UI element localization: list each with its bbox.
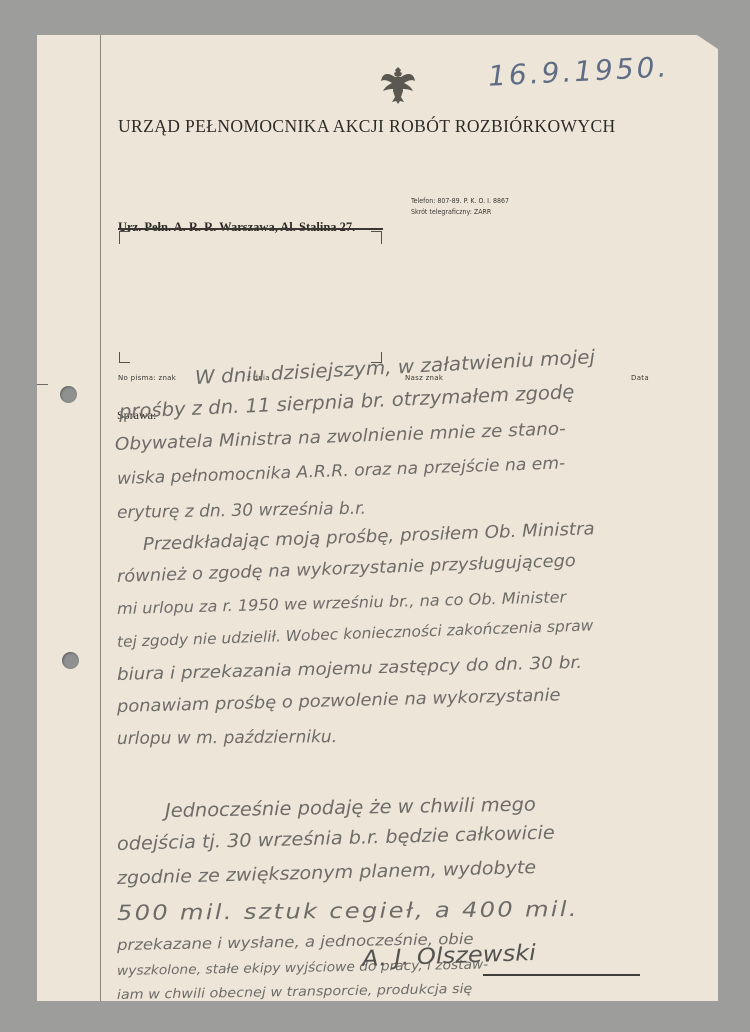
punch-hole-bottom — [62, 652, 79, 669]
letterhead-title: URZĄD PEŁNOMOCNIKA AKCJI ROBÓT ROZBIÓRKO… — [118, 116, 718, 137]
handwritten-line: ponawiam prośbę o pozwolenie na wykorzys… — [117, 685, 561, 717]
handwritten-line: Obywatela Ministra na zwolnienie mnie ze… — [115, 419, 566, 455]
handwritten-line: urlopu w m. październiku. — [117, 727, 337, 749]
margin-line — [100, 35, 101, 1001]
handwritten-line: iam w chwili obecnej w transporcie, prod… — [117, 982, 473, 1003]
handwritten-date: 16.9.1950. — [487, 50, 670, 92]
field-your-letter-ref: No pisma: znak — [118, 374, 176, 382]
handwritten-line: Jednocześnie podaję że w chwili mego — [165, 794, 536, 822]
handwritten-line: tej zgody nie udzielił. Wobec koniecznoś… — [117, 616, 594, 651]
handwritten-line: Przedkładając moją prośbę, prosiłem Ob. … — [143, 519, 595, 555]
handwritten-line: eryturę z dn. 30 września b.r. — [117, 499, 366, 523]
address-window-corner-bl — [119, 352, 130, 363]
handwritten-line: prośby z dn. 11 sierpnia br. otrzymałem … — [119, 381, 575, 423]
field-date: Data — [631, 374, 649, 382]
signature-underline — [483, 974, 640, 976]
polish-eagle-emblem-icon — [380, 65, 416, 107]
letter-page: 16.9.1950. URZĄD PEŁNOMOCNIKA AKCJI ROBÓ… — [37, 35, 718, 1001]
contact-info: Telefon: 807-89. P. K. O. I. 8867 Skrót … — [411, 196, 509, 218]
hole-marker — [34, 384, 48, 385]
handwritten-line: mi urlopu za r. 1950 we wrześniu br., na… — [117, 588, 567, 618]
handwritten-line: zgodnie ze zwiększonym planem, wydobyte — [117, 857, 537, 889]
handwritten-line: 500 mil. sztuk cegieł, a 400 mil. — [117, 897, 579, 925]
punch-hole-top — [60, 386, 77, 403]
address-rule — [118, 228, 383, 230]
handwritten-line: wiska pełnomocnika A.R.R. oraz na przejś… — [117, 453, 566, 488]
address-window-corner-tl — [119, 231, 130, 244]
handwritten-line: odejścia tj. 30 września b.r. będzie cał… — [117, 823, 555, 855]
handwritten-line: biura i przekazania mojemu zastępcy do d… — [117, 653, 583, 685]
signature: A. J. Olszewski — [362, 941, 537, 972]
phone-line: Telefon: 807-89. P. K. O. I. 8867 — [411, 196, 509, 207]
handwritten-line: również o zgodę na wykorzystanie przysłu… — [117, 551, 576, 587]
address-window-corner-tr — [371, 231, 382, 244]
telegraph-line: Skrót telegraficzny: ZARR — [411, 207, 509, 218]
handwritten-line: że dalej ponad plan, w tym tempie. — [117, 1005, 404, 1028]
